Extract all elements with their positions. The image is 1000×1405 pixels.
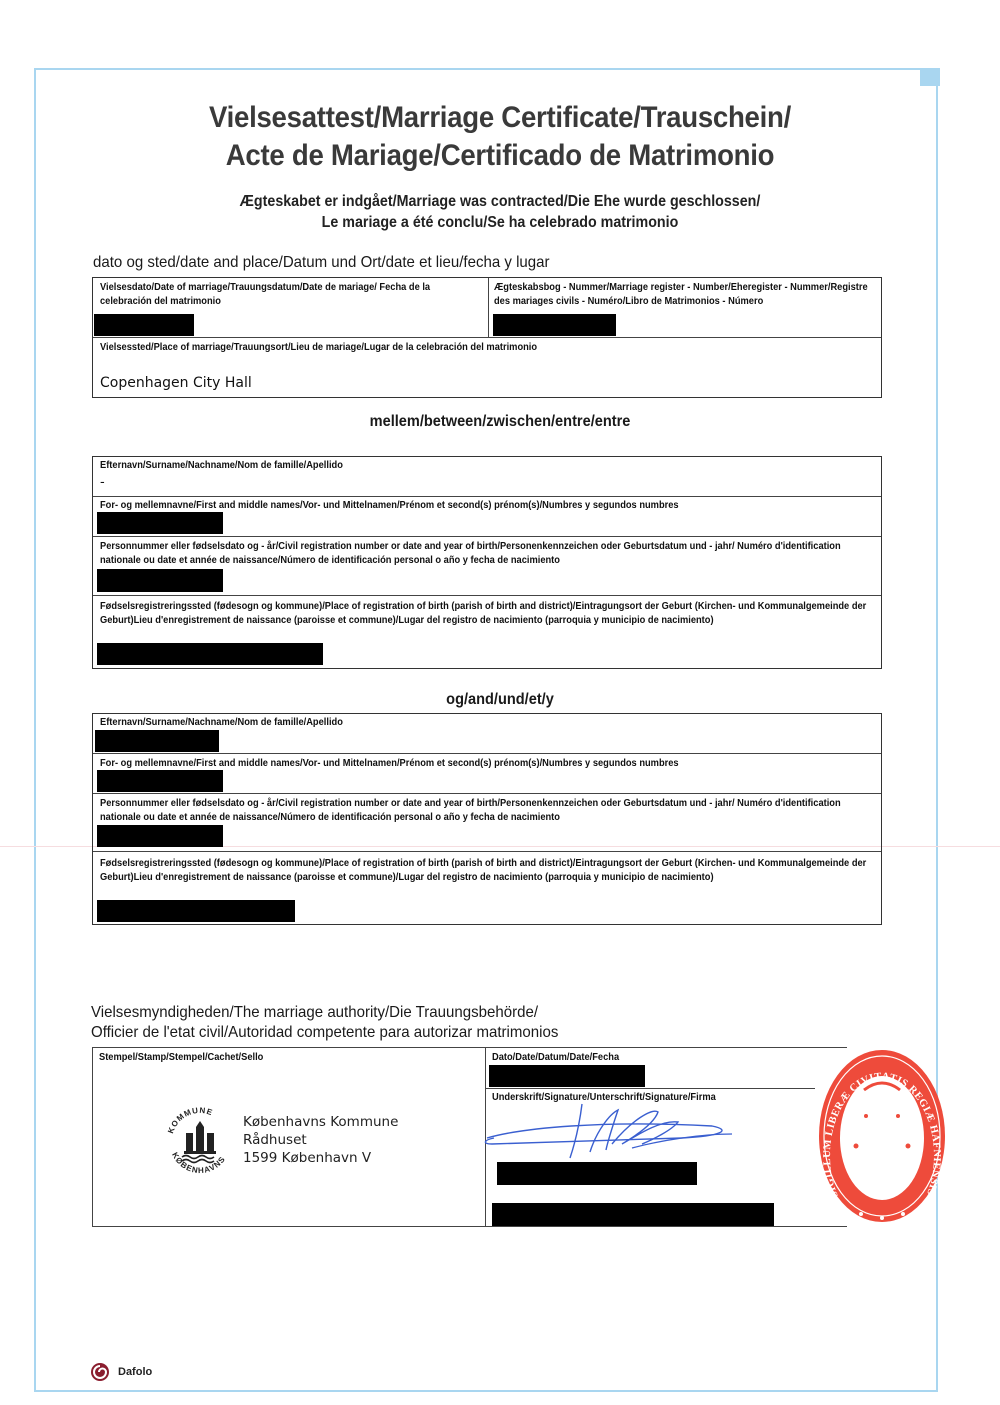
party2-first-names-redacted	[97, 770, 223, 792]
party2-first-names-label: For- og mellemnavne/First and middle nam…	[100, 757, 679, 771]
municipality-name: Københavns Kommune	[243, 1113, 398, 1131]
divider	[93, 595, 881, 596]
city-seal-icon: SIGILLUM LIBERÆ CIVITATIS REGIÆ HAFNIENS…	[816, 1046, 948, 1226]
and-heading: og/and/und/et/y	[30, 691, 970, 709]
subtitle-line2: Le mariage a été conclu/Se ha celebrado …	[40, 214, 960, 232]
authority-date-redacted	[489, 1065, 645, 1087]
certificate-title-line2: Acte de Mariage/Certificado de Matrimoni…	[40, 139, 960, 173]
divider	[93, 753, 881, 754]
frame-corner-marker	[920, 68, 940, 86]
svg-text:KØBENHAVNS: KØBENHAVNS	[170, 1151, 227, 1175]
date-place-heading: dato og sted/date and place/Datum und Or…	[93, 254, 550, 272]
divider	[93, 793, 881, 794]
party2-surname-label: Efternavn/Surname/Nachname/Nom de famill…	[100, 716, 343, 730]
party1-surname-label: Efternavn/Surname/Nachname/Nom de famill…	[100, 459, 343, 473]
marriage-date-redacted	[94, 314, 194, 336]
copenhagen-coat-of-arms-icon: KOMMUNE KØBENHAVNS	[162, 1103, 238, 1179]
party1-civil-reg-label: Personnummer eller fødselsdato og - år/C…	[100, 540, 877, 567]
party1-birth-place-redacted	[97, 643, 323, 665]
divider	[485, 1088, 815, 1089]
authority-date-label: Dato/Date/Datum/Date/Fecha	[492, 1051, 619, 1065]
certificate-title-line1: Vielsesattest/Marriage Certificate/Traus…	[40, 101, 960, 135]
party2-civil-reg-redacted	[97, 825, 223, 847]
party1-first-names-redacted	[97, 512, 223, 534]
authority-heading-line2: Officier de l'etat civil/Autoridad compe…	[91, 1024, 558, 1042]
divider	[92, 1226, 847, 1227]
marriage-place-label: Vielsessted/Place of marriage/Trauungsor…	[100, 341, 537, 355]
divider	[93, 536, 881, 537]
marriage-register-redacted	[493, 314, 616, 336]
divider	[93, 337, 881, 338]
party1-first-names-label: For- og mellemnavne/First and middle nam…	[100, 499, 679, 513]
dafolo-brand: Dafolo	[90, 1362, 152, 1382]
handwritten-signature	[482, 1100, 752, 1160]
marriage-register-label: Ægteskabsbog - Nummer/Marriage register …	[494, 281, 875, 308]
between-heading: mellem/between/zwischen/entre/entre	[30, 413, 970, 431]
divider	[93, 496, 881, 497]
dafolo-logo-icon	[90, 1362, 110, 1382]
marriage-place-value: Copenhagen City Hall	[100, 375, 252, 391]
signatory-name-redacted	[497, 1162, 697, 1185]
party1-civil-reg-redacted	[97, 569, 223, 592]
divider	[488, 278, 489, 338]
dafolo-label: Dafolo	[118, 1366, 152, 1378]
svg-text:KOMMUNE: KOMMUNE	[166, 1106, 214, 1135]
divider	[92, 1047, 93, 1227]
municipality-postal: 1599 København V	[243, 1149, 398, 1167]
party1-birth-place-label: Fødselsregistreringssted (fødesogn og ko…	[100, 600, 877, 627]
stamp-label: Stempel/Stamp/Stempel/Cachet/Sello	[99, 1051, 263, 1065]
subtitle-line1: Ægteskabet er indgået/Marriage was contr…	[40, 193, 960, 211]
marriage-date-label: Vielsesdato/Date of marriage/Trauungsdat…	[100, 281, 435, 308]
divider	[93, 851, 881, 852]
party1-surname-value: -	[100, 475, 105, 490]
party2-civil-reg-label: Personnummer eller fødselsdato og - år/C…	[100, 797, 877, 824]
party2-surname-redacted	[95, 730, 219, 752]
municipality-building: Rådhuset	[243, 1131, 398, 1149]
signatory-title-redacted	[492, 1203, 774, 1226]
party2-birth-place-redacted	[97, 900, 295, 922]
municipality-address: Københavns Kommune Rådhuset 1599 Københa…	[243, 1113, 398, 1167]
authority-heading-line1: Vielsesmyndigheden/The marriage authorit…	[91, 1004, 538, 1022]
party2-birth-place-label: Fødselsregistreringssted (fødesogn og ko…	[100, 857, 877, 884]
divider	[92, 1047, 847, 1048]
